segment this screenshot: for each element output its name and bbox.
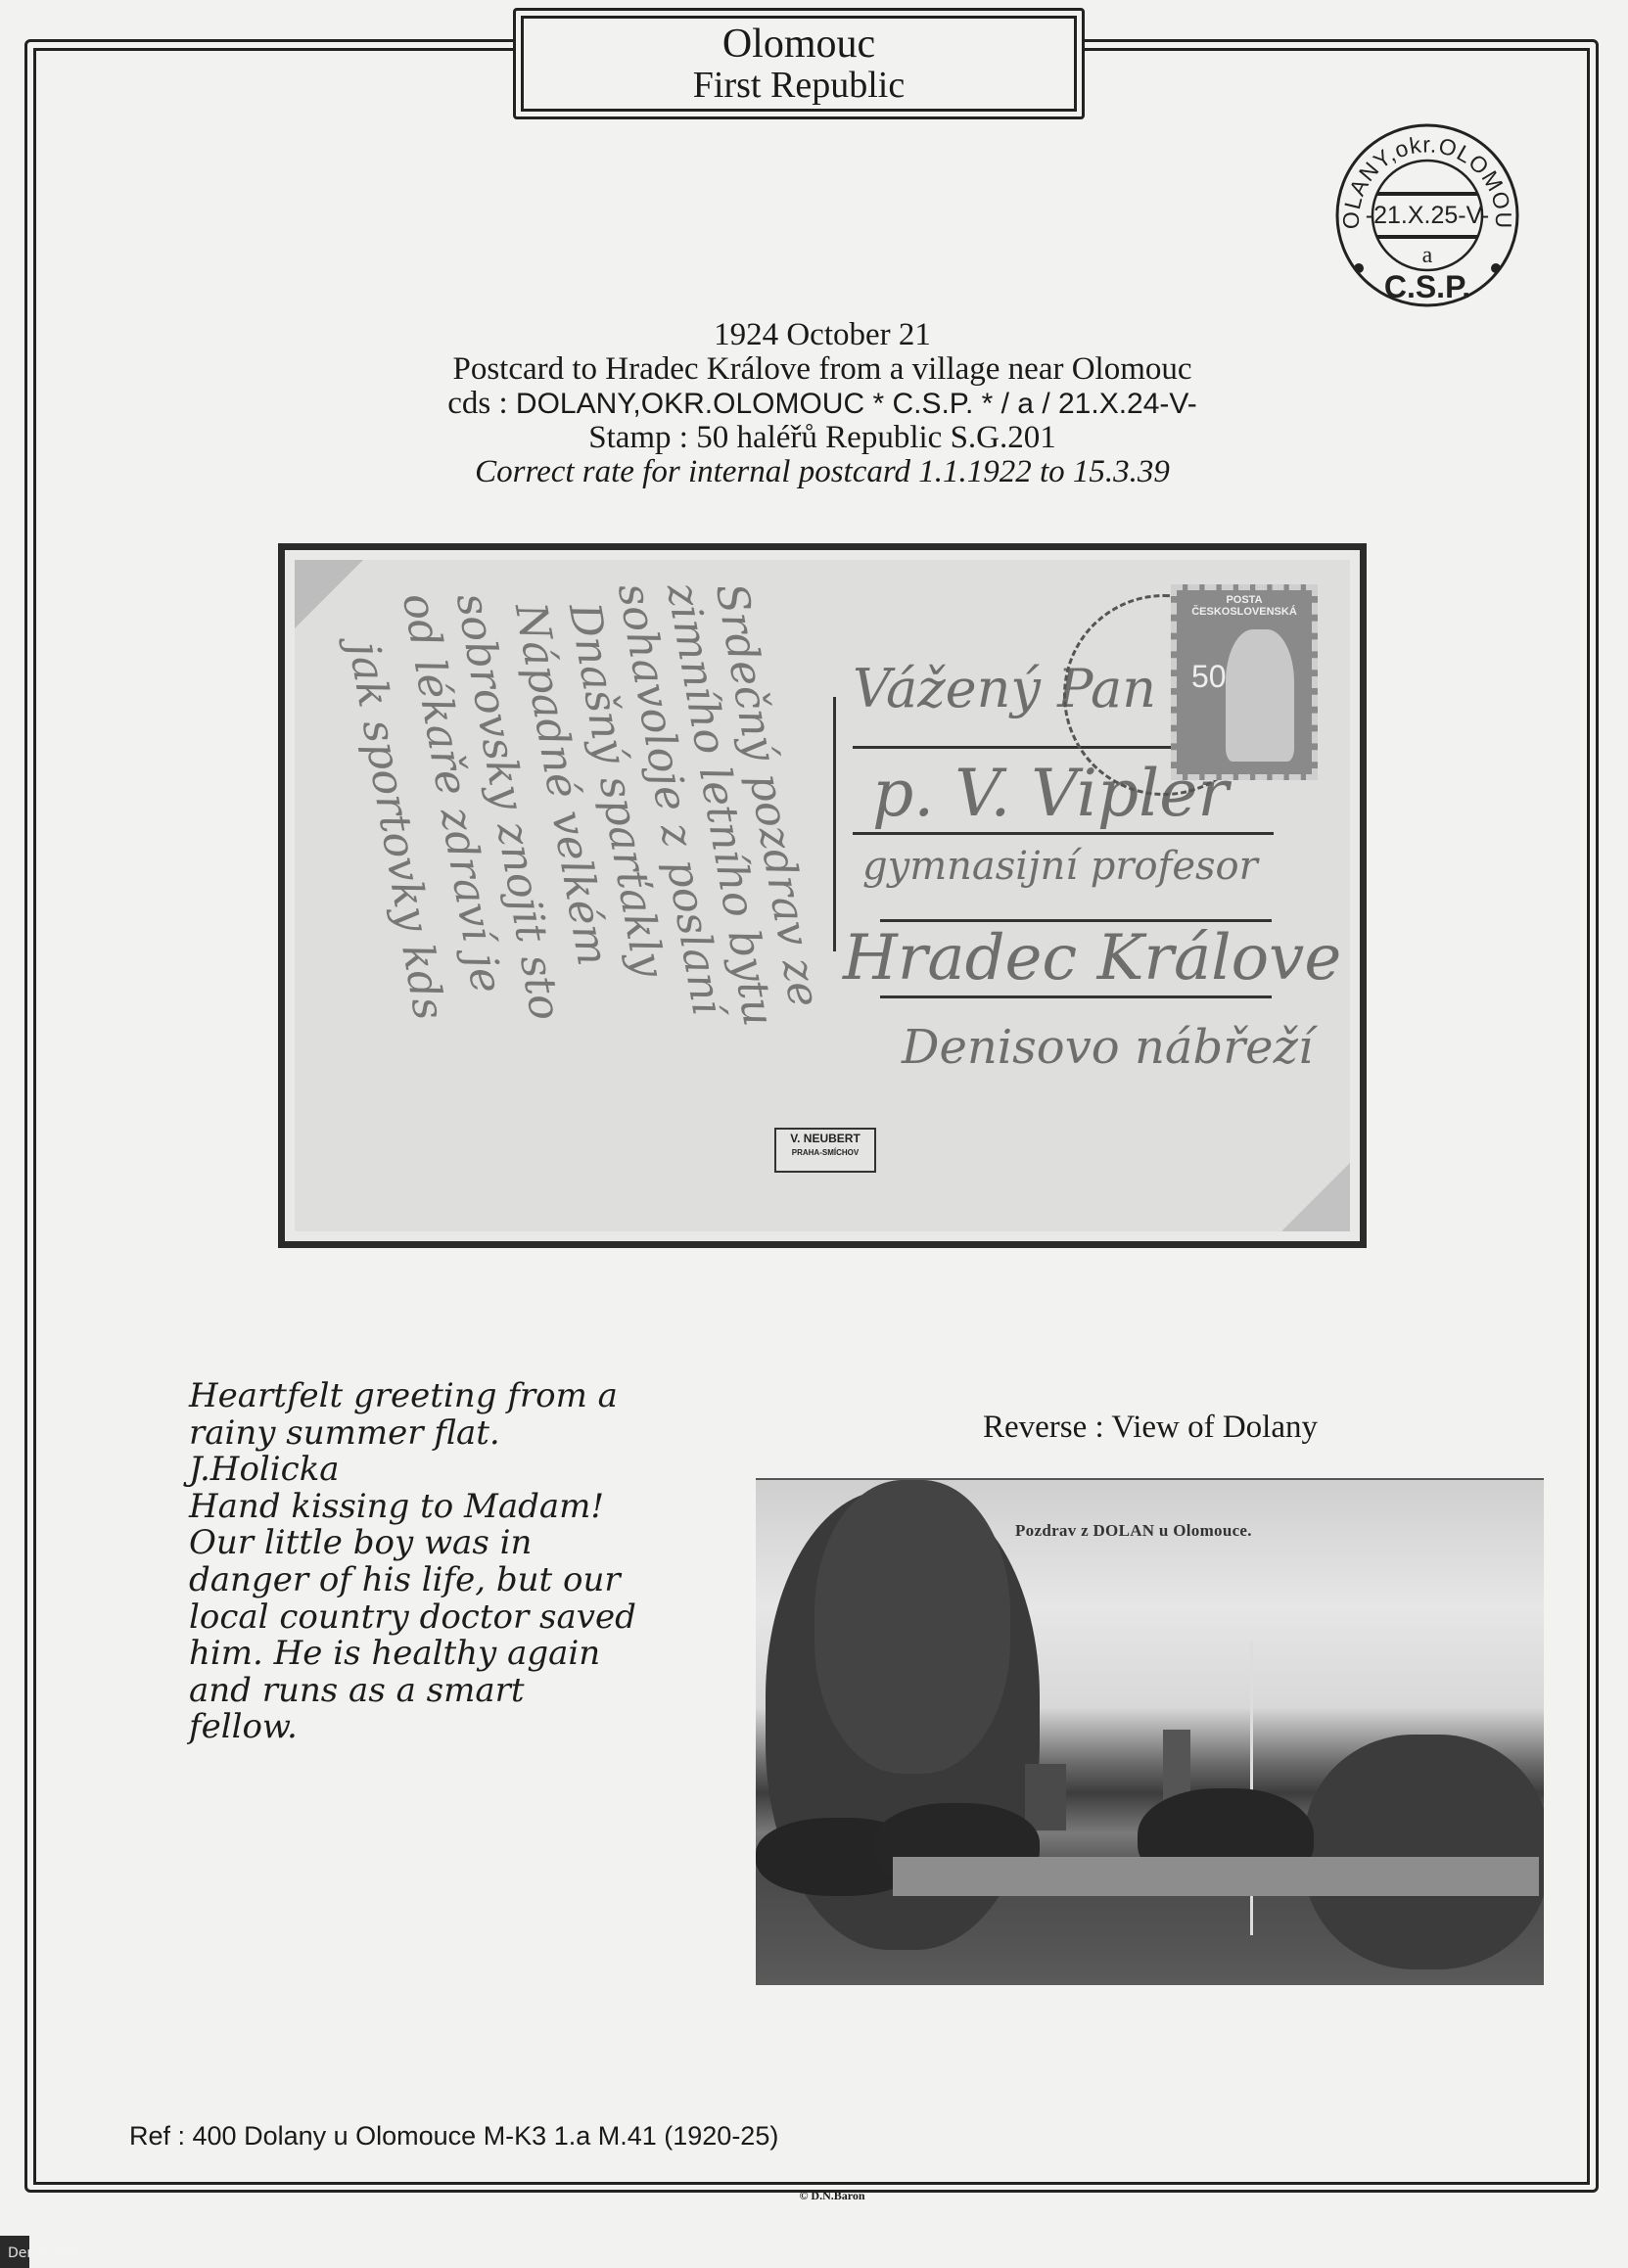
stamp-country: POSTA ČESKOSLOVENSKÁ xyxy=(1181,594,1308,618)
picture-caption: Pozdrav z DOLAN u Olomouce. xyxy=(1015,1521,1252,1541)
photo-corner xyxy=(295,560,363,628)
description-block: 1924 October 21 Postcard to Hradec Králo… xyxy=(294,318,1351,489)
reverse-picture: Pozdrav z DOLAN u Olomouce. xyxy=(756,1478,1544,1985)
postmark-illustration: DOLANY,okr.OLOMOUC -21.X.25-V- a C.S.P. xyxy=(1331,119,1523,311)
translation-line: local country doctor saved xyxy=(189,1599,737,1637)
tree-shape xyxy=(1304,1735,1544,1969)
cds-line: cds : DOLANY,OKR.OLOMOUC * C.S.P. * / a … xyxy=(294,387,1351,421)
translation-line: danger of his life, but our xyxy=(189,1562,737,1599)
stamp-value: 50 xyxy=(1191,659,1227,695)
postcard-divider xyxy=(833,697,836,951)
rate-note: Correct rate for internal postcard 1.1.1… xyxy=(294,455,1351,489)
reverse-label: Reverse : View of Dolany xyxy=(881,1410,1419,1446)
title-box: Olomouc First Republic xyxy=(513,8,1085,119)
translation-line: Hand kissing to Madam! xyxy=(189,1489,737,1526)
translation-line: Our little boy was in xyxy=(189,1525,737,1562)
page-title: Olomouc xyxy=(722,23,875,66)
translation-line: and runs as a smart xyxy=(189,1673,737,1710)
pavilion xyxy=(1025,1764,1066,1830)
address-rule xyxy=(853,832,1274,835)
reference-line: Ref : 400 Dolany u Olomouce M-K3 1.a M.4… xyxy=(129,2121,778,2152)
translation-line: rainy summer flat. xyxy=(189,1415,737,1453)
address-rule xyxy=(880,995,1272,998)
cover-date: 1924 October 21 xyxy=(294,318,1351,352)
message-translation: Heartfelt greeting from a rainy summer f… xyxy=(189,1378,737,1746)
cds-value: DOLANY,OKR.OLOMOUC * C.S.P. * / a / 21.X… xyxy=(516,388,1197,420)
address-line: gymnasijní profesor xyxy=(862,844,1258,889)
translation-line: fellow. xyxy=(189,1709,737,1746)
translation-line: him. He is healthy again xyxy=(189,1636,737,1673)
postmark-bottom: C.S.P. xyxy=(1384,269,1470,304)
stamp-figure-icon xyxy=(1226,629,1294,762)
postmark-date: -21.X.25-V- xyxy=(1366,202,1489,229)
address-line: Denisovo nábřeží xyxy=(902,1020,1313,1075)
postcard-image: Srdečný pozdrav ze zimního letního bytu … xyxy=(278,543,1367,1248)
publisher-imprint: V. NEUBERT PRAHA-SMÍCHOV xyxy=(774,1128,876,1173)
postcard-address-side: Srdečný pozdrav ze zimního letního bytu … xyxy=(295,560,1350,1231)
watermark-text: Derek Baron xyxy=(8,2245,93,2261)
pond xyxy=(893,1857,1539,1896)
photo-corner xyxy=(1281,1163,1350,1231)
translation-line: J.Holicka xyxy=(189,1452,737,1489)
copyright: © D.N.Baron xyxy=(685,2189,979,2203)
postage-stamp: POSTA ČESKOSLOVENSKÁ 50 xyxy=(1171,584,1318,780)
address-line: Hradec Králove xyxy=(843,922,1341,995)
translation-line: Heartfelt greeting from a xyxy=(189,1378,737,1415)
tree-shape xyxy=(814,1480,1010,1774)
stamp-line: Stamp : 50 haléřů Republic S.G.201 xyxy=(294,421,1351,455)
postmark-letter: a xyxy=(1422,243,1433,268)
page-subtitle: First Republic xyxy=(693,66,905,105)
cover-title: Postcard to Hradec Králove from a villag… xyxy=(294,352,1351,387)
